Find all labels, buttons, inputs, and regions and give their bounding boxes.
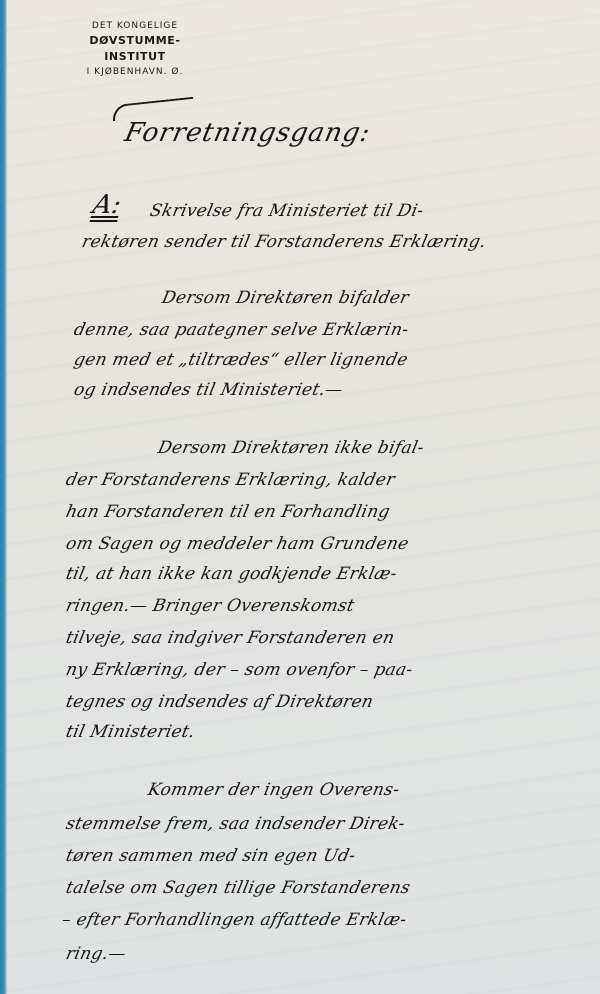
blue-backing-edge [0, 0, 7, 994]
letterhead-line-1: DET KONGELIGE [60, 20, 210, 33]
document-page: DET KONGELIGE DØVSTUMME-INSTITUT I KJØBE… [0, 0, 600, 994]
text-line: Dersom Direktøren ikke bifal- [156, 438, 426, 458]
section-marker: A: [90, 190, 124, 220]
text-line: til Ministeriet. [64, 722, 197, 742]
letterhead-line-2: DØVSTUMME-INSTITUT [60, 33, 210, 65]
text-line: om Sagen og meddeler ham Grundene [64, 534, 411, 554]
text-line: – efter Forhandlingen affattede Erklæ- [60, 910, 409, 930]
text-line: ring.— [64, 944, 128, 964]
text-line: og indsendes til Ministeriet.— [72, 380, 345, 400]
letterhead-line-3: I KJØBENHAVN. Ø. [60, 65, 210, 80]
text-line: stemmelse frem, saa indsender Direk- [64, 814, 407, 834]
text-line: rektøren sender til Forstanderens Erklær… [80, 232, 488, 252]
text-line: tilveje, saa indgiver Forstanderen en [64, 628, 396, 648]
text-line: tøren sammen med sin egen Ud- [64, 846, 357, 866]
text-line: tegnes og indsendes af Direktøren [64, 692, 375, 712]
text-line: gen med et „tiltrædes“ eller lignende [72, 350, 410, 370]
document-title: Forretningsgang: [122, 118, 373, 148]
text-line: ringen.— Bringer Overenskomst [64, 596, 356, 616]
text-line: Skrivelse fra Ministeriet til Di- [148, 201, 426, 221]
text-line: talelse om Sagen tillige Forstanderens [64, 878, 412, 898]
text-line: denne, saa paategner selve Erklærin- [72, 320, 410, 340]
text-line: ny Erklæring, der – som ovenfor – paa- [64, 660, 415, 680]
text-line: Kommer der ingen Overens- [146, 780, 401, 800]
text-line: til, at han ikke kan godkjende Erklæ- [64, 564, 399, 584]
text-line: han Forstanderen til en Forhandling [64, 502, 392, 522]
paper-texture [0, 0, 600, 994]
text-line: Dersom Direktøren bifalder [160, 288, 411, 308]
text-line: der Forstanderens Erklæring, kalder [64, 470, 397, 490]
letterhead: DET KONGELIGE DØVSTUMME-INSTITUT I KJØBE… [60, 20, 210, 80]
